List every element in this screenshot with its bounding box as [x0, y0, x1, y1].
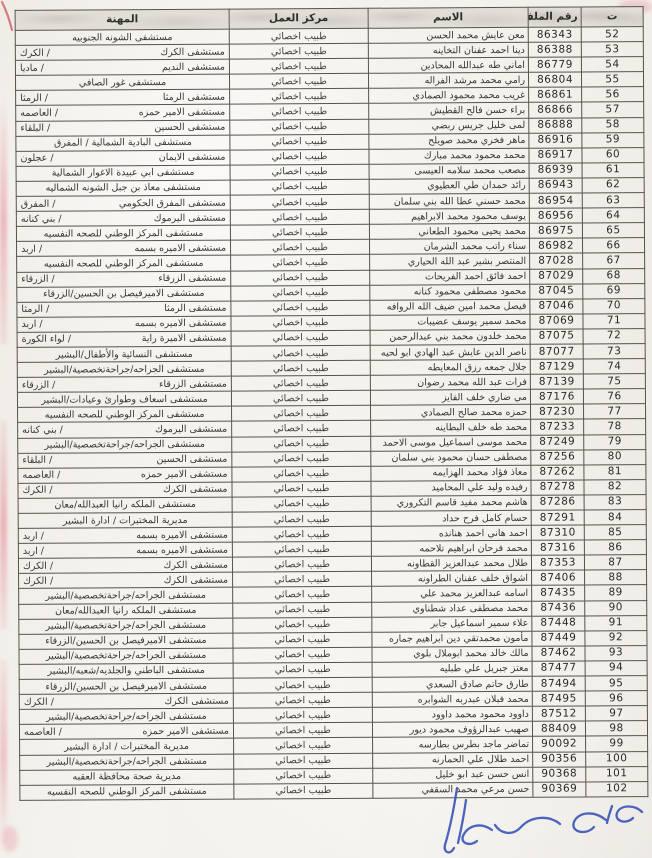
file-number-cell: 88409 — [532, 721, 585, 736]
name-cell: محمد حسني عطا الله بني سلمان — [369, 193, 529, 209]
facility-label: مستشفى الكرك — [160, 45, 225, 58]
profession-cell: مستشفى الايمان/ عجلون — [16, 150, 230, 166]
work-center-cell: طبيب اخصائي — [233, 707, 372, 723]
name-cell: طلال محمد عبدالعزيز القطاونه — [371, 556, 531, 572]
profession-cell: مستشفى الكرك/ الكرك — [19, 693, 233, 709]
facility-label: مستشفى الكرك — [164, 574, 229, 587]
profession-cell: مستشفى الزرقاء/ الزرقاء — [17, 271, 231, 287]
region-label: / الكرك — [20, 46, 50, 59]
profession-cell-content: مستشفى الجراحه/جراحةتخصصية/البشير — [24, 709, 229, 723]
work-center-cell: طبيب اخصائي — [230, 224, 369, 240]
name-cell: دينا احمد عفنان التخاينه — [368, 42, 528, 58]
facility-label: مستشفى الجراحه/جراحةتخصصية/البشير — [46, 755, 207, 769]
name-cell: محمد فبلان عبدربه الشوابره — [372, 691, 532, 707]
profession-cell: مستشفى الاميره بسمه/ اربد — [17, 240, 231, 256]
profession-cell: مستشفى الجراحه/جراحةتخصصية/البشير — [19, 648, 233, 664]
profession-cell: مستشفى اليرموك/ بني كنانه — [16, 210, 230, 226]
profession-cell-content: مستشفى الاميرفيصل بن الحسين/الزرقاء — [24, 679, 229, 693]
profession-cell: مستشفى معاذ بن جبل الشونه الشماليه — [16, 180, 230, 196]
file-number-cell: 87353 — [531, 555, 584, 570]
facility-label: مديرية صحة محافظة العقبه — [73, 770, 182, 784]
serial-cell: 86 — [584, 540, 646, 555]
profession-cell: مستشفى المركز الوطني للصحه النفسيه — [20, 784, 234, 800]
serial-cell: 96 — [585, 691, 647, 706]
region-label: / الكرك — [22, 484, 52, 497]
profession-cell-content: مستشفى الايمان/ عجلون — [20, 151, 225, 165]
header-profession: المهنة — [15, 9, 229, 30]
facility-label: مستشفى الحسين — [156, 453, 227, 466]
scan-edge-smudge — [0, 660, 7, 850]
name-cell: براء حسن فالح القطيش — [369, 103, 529, 119]
name-cell: حسام كامل فرح حداد — [371, 510, 531, 526]
profession-cell: مستشفى الملكه رانيا العبدالله/معان — [18, 497, 232, 513]
work-center-cell: طبيب اخصائي — [233, 692, 372, 708]
facility-label: مستشفى الاميرفيصل بن الحسين/الزرقاء — [43, 287, 204, 301]
name-cell: فرات عبد الله محمد رضوان — [370, 374, 530, 390]
serial-cell: 60 — [582, 147, 644, 162]
profession-cell-content: مستشفى المركز الوطني للصحه النفسيه — [21, 226, 226, 240]
name-cell: ماهر فخري محمد صويلح — [369, 133, 529, 149]
serial-cell: 94 — [585, 661, 647, 676]
profession-cell-content: مستشفى اليرموك/ بني كنانه — [21, 211, 226, 225]
name-cell: فيصل محمد امين ضيف الله الروافه — [370, 299, 530, 315]
work-center-cell: طبيب اخصائي — [232, 557, 371, 573]
serial-cell: 102 — [586, 781, 648, 796]
file-number-cell: 86388 — [528, 42, 581, 57]
facility-label: مستشفى غور الصافي — [79, 76, 166, 90]
serial-cell: 52 — [581, 27, 643, 42]
work-center-cell: طبيب اخصائي — [231, 270, 370, 286]
facility-label: مستشفى الزرقاء — [159, 377, 227, 390]
profession-cell: مستشفى اسعاف وطوارئ وعيادات/البشير — [17, 391, 231, 407]
profession-cell: مستشفى الاميره بسمه/ اربد — [18, 527, 232, 543]
profession-cell-content: مستشفى اليرموك/ بني كنانه — [22, 423, 227, 437]
scan-edge-smudge — [0, 420, 7, 630]
file-number-cell: 86343 — [528, 27, 581, 42]
region-label: / الكرك — [23, 575, 53, 588]
work-center-cell: طبيب اخصائي — [230, 149, 369, 165]
work-center-cell: طبيب اخصائي — [230, 104, 369, 120]
serial-cell: 75 — [583, 374, 645, 389]
name-cell: محمود مصطفى محمود كنانه — [370, 284, 530, 300]
name-cell: لمى خليل جريس ربضي — [369, 118, 529, 134]
facility-label: مستشفى الجراحه/جراحةتخصصية/البشير — [44, 362, 205, 376]
work-center-cell: طبيب اخصائي — [232, 466, 371, 482]
serial-cell: 98 — [585, 721, 647, 736]
facility-label: مستشفى الرمثا — [163, 91, 225, 104]
profession-cell-content: مستشفى الكرك/ الكرك — [23, 574, 228, 588]
facility-label: مستشفى النديم — [162, 60, 225, 73]
name-cell: حمزه محمد صالح الصمادي — [371, 405, 531, 421]
serial-cell: 79 — [584, 434, 646, 449]
facility-label: مستشفى الشونه الجنوبيه — [72, 31, 172, 45]
name-cell: جلال جمعه رزق المعايطه — [370, 359, 530, 375]
profession-cell: مستشفى المركز الوطني للصحه النفسيه — [18, 406, 232, 422]
work-center-cell: طبيب اخصائي — [234, 753, 373, 769]
personnel-table: ت رقم الملف الاسم مركز العمل المهنة 5286… — [15, 6, 649, 801]
profession-cell: مستشفى الامير حمزه/ العاصمه — [16, 105, 230, 121]
profession-cell-content: مستشفى الجراحه/جراحةتخصصية/البشير — [24, 649, 229, 663]
profession-cell: مستشفى اليرموك/ بني كنانه — [18, 422, 232, 438]
file-number-cell: 87045 — [530, 284, 583, 299]
file-number-cell: 87316 — [531, 540, 584, 555]
name-cell: حسن مرعي محمد السقفي — [373, 782, 533, 798]
work-center-cell: طبيب اخصائي — [230, 89, 369, 105]
serial-cell: 90 — [585, 600, 647, 615]
name-cell: محمد محمود محمد مبارك — [369, 148, 529, 164]
work-center-cell: طبيب اخصائي — [230, 179, 369, 195]
facility-label: مستشفى ابي عبيدة الاغوار الشمالية — [52, 166, 195, 180]
facility-label: مستشفى المركز الوطني للصحه النفسيه — [45, 408, 205, 422]
work-center-cell: طبيب اخصائي — [229, 74, 368, 90]
file-number-cell: 87069 — [530, 314, 583, 329]
profession-cell-content: مستشفى الاميرفيصل بن الحسين/الزرقاء — [21, 287, 226, 301]
serial-cell: 67 — [583, 253, 645, 268]
name-cell: معاذ فؤاد محمد الهزايمه — [371, 465, 531, 481]
profession-cell-content: مستشفى الاميره بسمه/ اربد — [23, 528, 228, 542]
facility-label: مستشفى الجراحه/جراحةتخصصية/البشير — [46, 619, 207, 633]
name-cell: محمد مصطفى عداد شطناوي — [372, 601, 532, 617]
name-cell: محمد فرحان ابراهيم تلاحمه — [371, 540, 531, 556]
name-cell: انس حسن عبد ابو خليل — [373, 767, 533, 783]
profession-cell-content: مستشفى الشونه الجنوبيه — [20, 30, 225, 44]
serial-cell: 99 — [586, 736, 648, 751]
work-center-cell: طبيب اخصائي — [229, 28, 368, 44]
profession-cell: مستشفى الرمثا/ الرمثا — [17, 301, 231, 317]
profession-cell-content: مستشفى الكرك/ الكرك — [20, 45, 225, 59]
serial-cell: 59 — [582, 132, 644, 147]
facility-label: مستشفى الاميره بسمه — [136, 543, 228, 557]
profession-cell-content: مستشفى الرمثا/ الرمثا — [20, 91, 225, 105]
work-center-cell: طبيب اخصائي — [231, 240, 370, 256]
work-center-cell: طبيب اخصائي — [233, 617, 372, 633]
serial-cell: 85 — [584, 525, 646, 540]
header-serial: ت — [581, 7, 643, 27]
facility-label: مستشفى معاذ بن جبل الشونه الشماليه — [46, 181, 201, 195]
serial-cell: 65 — [582, 223, 644, 238]
profession-cell-content: مستشفى الاميره بسمه/ اربد — [21, 317, 226, 331]
file-number-cell: 86866 — [529, 102, 582, 117]
profession-cell: مستشفى الجراحه/جراحةتخصصية/البشير — [19, 588, 233, 604]
profession-cell: مستشفى الكرك/ الكرك — [15, 44, 229, 60]
serial-cell: 54 — [581, 57, 643, 72]
profession-cell-content: مستشفى النديم/ ماديا — [20, 60, 225, 74]
file-number-cell: 87046 — [530, 299, 583, 314]
profession-cell-content: مستشفى المفرق الحكومي/ المفرق — [21, 196, 226, 210]
serial-cell: 78 — [584, 419, 646, 434]
name-cell: احمد فائق احمد الفريحات — [370, 269, 530, 285]
name-cell: المنتصر بشير عبد الله الحياري — [370, 254, 530, 270]
profession-cell-content: مستشفى المركز الوطني للصحه النفسيه — [21, 257, 226, 271]
profession-cell: مستشفى الرمثا/ الرمثا — [16, 89, 230, 105]
name-cell: داوود محمود محمد داوود — [372, 707, 532, 723]
work-center-cell: طبيب اخصائي — [233, 677, 372, 693]
facility-label: مستشفى الملكه رانيا العبدالله/معان — [54, 498, 195, 512]
profession-cell-content: مستشفى معاذ بن جبل الشونه الشماليه — [21, 181, 226, 195]
file-number-cell: 87495 — [532, 691, 585, 706]
profession-cell-content: مستشفى الامير حمزه/ العاصمه — [22, 468, 227, 482]
facility-label: مستشفى الجراحه/جراحةتخصصية/البشير — [45, 589, 206, 603]
serial-cell: 77 — [584, 404, 646, 419]
profession-cell: مستشفى الجراحه/جراحةتخصصية/البشير — [20, 754, 234, 770]
work-center-cell: طبيب اخصائي — [233, 587, 372, 603]
facility-label: مستشفى الاميره بسمه — [136, 528, 228, 542]
region-label: / بني كنانه — [21, 212, 62, 225]
work-center-cell: طبيب اخصائي — [232, 496, 371, 512]
profession-cell: مستشفى الزرقاء/ الزرقاء — [17, 376, 231, 392]
profession-cell: مستشفى النسائية والأطفال/البشير — [17, 346, 231, 362]
region-label: / البلقاء — [20, 122, 50, 135]
serial-cell: 66 — [582, 238, 644, 253]
file-number-cell: 90368 — [533, 767, 586, 782]
region-label: / اربد — [21, 318, 42, 331]
work-center-cell: طبيب اخصائي — [231, 345, 370, 361]
file-number-cell: 87448 — [532, 616, 585, 631]
file-number-cell: 86956 — [529, 208, 582, 223]
facility-label: مستشفى الحسين — [154, 121, 225, 134]
name-cell: اماني طه عبدالله المحادين — [368, 57, 528, 73]
header-work-center: مركز العمل — [229, 8, 368, 29]
file-number-cell: 86804 — [528, 72, 581, 87]
serial-cell: 73 — [583, 344, 645, 359]
header-file-number: رقم الملف — [528, 7, 581, 27]
file-number-cell: 87233 — [531, 419, 584, 434]
profession-cell: مستشفى ابي عبيدة الاغوار الشمالية — [16, 165, 230, 181]
profession-cell: مستشفى الجراحه/جراحةتخصصية/البشير — [19, 708, 233, 724]
profession-cell-content: مستشفى الكرك/ الكرك — [22, 483, 227, 497]
profession-cell: مستشفى غور الصافي — [15, 74, 229, 90]
work-center-cell: طبيب اخصائي — [230, 164, 369, 180]
profession-cell-content: مستشفى الجراحه/جراحةتخصصية/البشير — [24, 755, 229, 769]
name-cell: سناء راتب محمد الشرمان — [370, 239, 530, 255]
facility-label: مستشفى الاميره بسمه — [134, 242, 226, 256]
file-number-cell: 86975 — [529, 223, 582, 238]
work-center-cell: طبيب اخصائي — [233, 723, 372, 739]
name-cell: مي ضاري خلف الفايز — [370, 390, 530, 406]
name-cell: علاء سمير اسماعيل جابر — [372, 616, 532, 632]
name-cell: محمد طه خلف البطاينه — [371, 420, 531, 436]
profession-cell: مستشفى الحسين/ البلقاء — [16, 120, 230, 136]
serial-cell: 89 — [585, 585, 647, 600]
name-cell: معتز جبريل علي طبليه — [372, 661, 532, 677]
serial-cell: 88 — [585, 570, 647, 585]
serial-cell: 92 — [585, 630, 647, 645]
profession-cell-content: مستشفى المركز الوطني للصحه النفسيه — [22, 408, 227, 422]
name-cell: هاشم محمد مفيد قاسم التكروري — [371, 495, 531, 511]
profession-cell: مستشفى الجراحه/جراحةتخصصية/البشير — [17, 361, 231, 377]
region-label: / العاصمه — [24, 726, 62, 739]
facility-label: مستشفى الجراحه/جراحةتخصصية/البشير — [46, 710, 207, 724]
profession-cell: مستشفى المفرق الحكومي/ المفرق — [16, 195, 230, 211]
file-number-cell: 87230 — [531, 404, 584, 419]
region-label: / اربد — [23, 544, 44, 557]
file-number-cell: 90369 — [533, 782, 586, 797]
work-center-cell: طبيب اخصائي — [229, 58, 368, 74]
scan-edge-smudge — [0, 95, 7, 345]
serial-cell: 56 — [582, 87, 644, 102]
region-label: / الرمثا — [20, 92, 48, 105]
facility-label: مستشفى الزرقاء — [158, 272, 226, 285]
facility-label: مستشفى الكرك — [163, 558, 228, 571]
facility-label: مستشفى الاميره بسمه — [135, 317, 227, 331]
file-number-cell: 87129 — [530, 359, 583, 374]
serial-cell: 93 — [585, 645, 647, 660]
profession-cell-content: مستشفى الجراحه/جراحةتخصصية/البشير — [23, 589, 228, 603]
file-number-cell: 87029 — [530, 268, 583, 283]
serial-cell: 84 — [584, 510, 646, 525]
serial-cell: 100 — [586, 751, 648, 766]
name-cell: اسامه عبدالعزيز محمد علي — [372, 586, 532, 602]
file-number-cell: 87176 — [530, 389, 583, 404]
work-center-cell: طبيب اخصائي — [233, 602, 372, 618]
profession-cell-content: مديرية المختبرات / ادارة البشير — [24, 740, 229, 754]
work-center-cell: طبيب اخصائي — [233, 662, 372, 678]
facility-label: مستشفى المفرق الحكومي — [119, 196, 226, 210]
file-number-cell: 86954 — [529, 193, 582, 208]
profession-cell-content: مستشفى الكرك/ الكرك — [24, 694, 229, 708]
scan-edge-smudge — [2, 826, 18, 852]
profession-cell: مستشفى الاميره بسمه/ اربد — [18, 542, 232, 558]
file-number-cell: 87139 — [530, 374, 583, 389]
work-center-cell: طبيب اخصائي — [233, 632, 372, 648]
region-label: / الرمثا — [21, 303, 49, 316]
work-center-cell: طبيب اخصائي — [230, 209, 369, 225]
serial-cell: 83 — [584, 494, 646, 509]
facility-label: مستشفى اليرموك — [155, 423, 227, 436]
facility-label: مستشفى الاميرفيصل بن الحسين/الزرقاء — [45, 634, 206, 648]
facility-label: مستشفى الكرك — [164, 694, 229, 707]
profession-cell-content: مستشفى المركز الوطني للصحه النفسيه — [24, 785, 229, 799]
serial-cell: 72 — [583, 328, 645, 343]
file-number-cell: 86861 — [529, 87, 582, 102]
region-label: / عجلون — [20, 152, 53, 165]
name-cell: غريب محمد محمود الصمادي — [369, 88, 529, 104]
profession-cell-content: مستشفى الجراحه/جراحةتخصصية/البشير — [22, 438, 227, 452]
profession-cell: مستشفى الاميرفيصل بن الحسين/الزرقاء — [19, 678, 233, 694]
name-cell: تماضر ماجد بطرس بطارسه — [373, 737, 533, 753]
serial-cell: 69 — [583, 283, 645, 298]
name-cell: احمد هاني احمد هنانده — [371, 525, 531, 541]
file-number-cell: 87286 — [531, 495, 584, 510]
serial-cell: 68 — [583, 268, 645, 283]
profession-cell-content: مستشفى الاميرة راية/ لواء الكورة — [22, 332, 227, 346]
file-number-cell: 87077 — [530, 344, 583, 359]
personnel-table-wrapper: ت رقم الملف الاسم مركز العمل المهنة 5286… — [16, 6, 649, 801]
profession-cell: مستشفى الشونه الجنوبيه — [15, 29, 229, 45]
work-center-cell: طبيب اخصائي — [232, 451, 371, 467]
work-center-cell: طبيب اخصائي — [232, 526, 371, 542]
profession-cell: مستشفى المركز الوطني للصحه النفسيه — [16, 225, 230, 241]
facility-label: مستشفى الامير حمزه — [141, 468, 228, 482]
serial-cell: 82 — [584, 479, 646, 494]
profession-cell-content: مستشفى الامير حمزه/ العاصمه — [20, 106, 225, 120]
work-center-cell: طبيب اخصائي — [231, 391, 370, 407]
facility-label: مستشفى الامير حمزه — [139, 106, 226, 120]
profession-cell-content: مستشفى الاميره بسمه/ اربد — [23, 543, 228, 557]
file-number-cell: 87291 — [531, 510, 584, 525]
serial-cell: 62 — [582, 178, 644, 193]
profession-cell-content: مديرية المختبرات / ادارة البشير — [23, 513, 228, 527]
file-number-cell: 87406 — [532, 570, 585, 585]
facility-label: مستشفى الرمثا — [164, 302, 226, 315]
work-center-cell: طبيب اخصائي — [231, 300, 370, 316]
work-center-cell: طبيب اخصائي — [231, 360, 370, 376]
profession-cell: مستشفى الاميره بسمه/ اربد — [17, 316, 231, 332]
profession-cell: مستشفى الملكه رانيا العبدالله/معان — [19, 603, 233, 619]
profession-cell: مستشفى الباطني والجلديه/شعبه/البشير — [19, 663, 233, 679]
serial-cell: 81 — [584, 464, 646, 479]
facility-label: مستشفى الاميرفيصل بن الحسين/الزرقاء — [45, 679, 206, 693]
region-label: / البلقاء — [22, 454, 52, 467]
profession-cell: مستشفى الجراحه/جراحةتخصصية/البشير — [18, 437, 232, 453]
facility-label: مستشفى الملكه رانيا العبدالله/معان — [55, 604, 196, 618]
profession-cell-content: مستشفى الاميرفيصل بن الحسين/الزرقاء — [23, 634, 228, 648]
name-cell: محمد خلدون محمد بني عبدالرحمن — [370, 329, 530, 345]
work-center-cell: طبيب اخصائي — [232, 541, 371, 557]
work-center-cell: طبيب اخصائي — [229, 43, 368, 59]
profession-cell: مديرية صحة محافظة العقبه — [20, 769, 234, 785]
name-cell: محمد موسى اسماعيل موسى الاحمد — [371, 435, 531, 451]
facility-label: مديرية المختبرات / ادارة البشير — [63, 513, 188, 527]
profession-cell-content: مستشفى الزرقاء/ الزرقاء — [22, 377, 227, 391]
facility-label: مستشفى المركز الوطني للصحه النفسيه — [44, 227, 204, 241]
serial-cell: 58 — [582, 117, 644, 132]
work-center-cell: طبيب اخصائي — [232, 421, 371, 437]
name-cell: رامي محمد مرشد الفراله — [368, 73, 528, 89]
file-number-cell: 86943 — [529, 178, 582, 193]
serial-cell: 80 — [584, 449, 646, 464]
file-number-cell: 86888 — [529, 118, 582, 133]
work-center-cell: طبيب اخصائي — [231, 375, 370, 391]
work-center-cell: طبيب اخصائي — [231, 330, 370, 346]
profession-cell-content: مستشفى غور الصافي — [20, 75, 225, 89]
file-number-cell: 86779 — [528, 57, 581, 72]
work-center-cell: طبيب اخصائي — [231, 315, 370, 331]
serial-cell: 57 — [582, 102, 644, 117]
work-center-cell: طبيب اخصائي — [230, 134, 369, 150]
region-label: / ماديا — [20, 61, 44, 74]
serial-cell: 55 — [581, 72, 643, 87]
profession-cell-content: مديرية صحة محافظة العقبه — [24, 770, 229, 784]
profession-cell-content: مستشفى الحسين/ البلقاء — [22, 453, 227, 467]
serial-cell: 63 — [582, 193, 644, 208]
facility-label: مستشفى المركز الوطني للصحه النفسيه — [47, 785, 207, 799]
profession-cell: مستشفى الامير حمزه/ العاصمه — [18, 467, 232, 483]
name-cell: يوسف محمود محمد الابراهيم — [369, 208, 529, 224]
name-cell: رائد حمدان طي العطيوي — [369, 178, 529, 194]
facility-label: مستشفى البادية الشمالية / المفرق — [54, 136, 192, 150]
facility-label: مديرية المختبرات / ادارة البشير — [64, 740, 189, 754]
serial-cell: 71 — [583, 313, 645, 328]
file-number-cell: 87075 — [530, 329, 583, 344]
header-name: الاسم — [368, 7, 528, 28]
facility-label: مستشفى اليرموك — [154, 211, 226, 224]
file-number-cell: 87262 — [531, 465, 584, 480]
work-center-cell: طبيب اخصائي — [230, 194, 369, 210]
facility-label: مستشفى الكرك — [163, 483, 228, 496]
region-label: / لواء الكورة — [22, 333, 71, 346]
name-cell: صهيب عبدالرؤوف محمود ديور — [372, 722, 532, 738]
profession-cell-content: مستشفى النسائية والأطفال/البشير — [22, 347, 227, 361]
serial-cell: 64 — [582, 208, 644, 223]
work-center-cell: طبيب اخصائي — [230, 119, 369, 135]
profession-cell-content: مستشفى الاميره بسمه/ اربد — [21, 242, 226, 256]
facility-label: مستشفى النسائية والأطفال/البشير — [56, 347, 193, 361]
profession-cell-content: مستشفى الباطني والجلديه/شعبه/البشير — [24, 664, 229, 678]
file-number-cell: 87512 — [532, 706, 585, 721]
serial-cell: 101 — [586, 766, 648, 781]
file-number-cell: 87249 — [531, 434, 584, 449]
